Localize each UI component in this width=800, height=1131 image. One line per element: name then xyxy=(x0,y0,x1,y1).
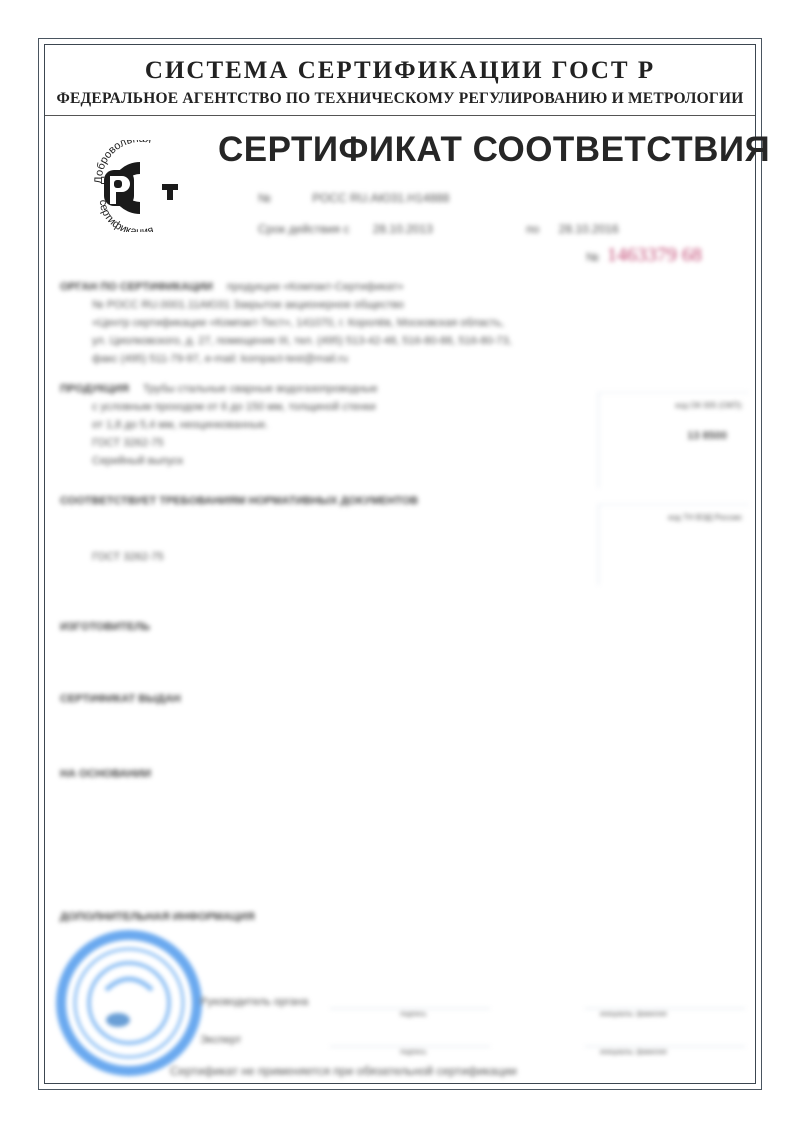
expert-signature-row: Эксперт подпись инициалы, фамилия xyxy=(200,1034,750,1054)
product-line: Трубы стальные сварные водогазопроводные xyxy=(143,383,378,395)
number-value: РОСС RU.АЮ31.Н14888 xyxy=(312,191,449,205)
head-signature-row: Руководитель органа подпись инициалы, фа… xyxy=(200,996,750,1016)
manufacturer-section: ИЗГОТОВИТЕЛЬ xyxy=(60,618,164,636)
organ-label: ОРГАН ПО СЕРТИФИКАЦИИ xyxy=(60,281,213,293)
blank-number-value: 1463379 68 xyxy=(607,244,702,266)
tnved-code-box: код ТН ВЭД России: xyxy=(598,504,749,585)
conforms-label: СООТВЕТСТВУЕТ ТРЕБОВАНИЯМ НОРМАТИВНЫХ ДО… xyxy=(60,495,418,507)
valid-from: 28.10.2013 xyxy=(373,222,433,236)
rst-logo-icon: Добровольная сертификация xyxy=(88,140,192,232)
certification-body-section: ОРГАН ПО СЕРТИФИКАЦИИпродукции «Компакт-… xyxy=(60,278,720,368)
product-line: ГОСТ 3262-75 xyxy=(60,434,580,452)
head-label: Руководитель органа xyxy=(200,996,308,1008)
sign-caption: подпись xyxy=(400,1011,426,1018)
footer-note: Сертификат не применяется при обязательн… xyxy=(170,1064,517,1078)
product-section: ПРОДУКЦИЯТрубы стальные сварные водогазо… xyxy=(60,380,580,470)
tnved-header: код ТН ВЭД России: xyxy=(599,505,749,522)
additional-info-section: ДОПОЛНИТЕЛЬНАЯ ИНФОРМАЦИЯ xyxy=(60,908,269,926)
validity-period: Срок действия с 28.10.2013 по 28.10.2016 xyxy=(258,222,738,236)
sign-caption: подпись xyxy=(400,1049,426,1056)
document-header: СИСТЕМА СЕРТИФИКАЦИИ ГОСТ Р ФЕДЕРАЛЬНОЕ … xyxy=(45,45,755,116)
to-label: по xyxy=(526,222,539,236)
okp-code-box: код ОК 005 (ОКП): 13 8500 xyxy=(598,392,749,488)
organ-line: «Центр сертификации «Компакт-Тест», 1410… xyxy=(60,314,720,332)
product-line: от 1,8 до 5,4 мм, неоцинкованные. xyxy=(60,416,580,434)
blank-label: № xyxy=(586,250,599,264)
validity-label: Срок действия с xyxy=(258,222,349,236)
basis-label: НА ОСНОВАНИИ xyxy=(60,768,151,780)
name-caption: инициалы, фамилия xyxy=(600,1011,667,1018)
product-label: ПРОДУКЦИЯ xyxy=(60,383,129,395)
organ-line: № РОСС RU.0001.11АЮ31 Закрытое акционерн… xyxy=(60,296,720,314)
okp-header: код ОК 005 (ОКП): xyxy=(599,393,749,410)
conforms-doc: ГОСТ 3262-75 xyxy=(60,548,600,566)
product-line: с условным проходом от 6 до 150 мм, толщ… xyxy=(60,398,580,416)
number-label: № xyxy=(258,191,271,205)
manufacturer-label: ИЗГОТОВИТЕЛЬ xyxy=(60,621,150,633)
organ-line: факс (495) 511-79-97, e-mail: kompact-te… xyxy=(60,350,720,368)
okp-code: 13 8500 xyxy=(599,410,749,442)
basis-section: НА ОСНОВАНИИ xyxy=(60,765,165,783)
conformity-section: СООТВЕТСТВУЕТ ТРЕБОВАНИЯМ НОРМАТИВНЫХ ДО… xyxy=(60,492,600,566)
official-stamp xyxy=(56,930,202,1076)
product-line: Серийный выпуск xyxy=(60,452,580,470)
agency-name: ФЕДЕРАЛЬНОЕ АГЕНТСТВО ПО ТЕХНИЧЕСКОМУ РЕ… xyxy=(45,90,755,108)
additional-info-label: ДОПОЛНИТЕЛЬНАЯ ИНФОРМАЦИЯ xyxy=(60,911,255,923)
organ-line: ул. Циолковского, д. 27, помещение III, … xyxy=(60,332,720,350)
expert-label: Эксперт xyxy=(200,1034,241,1046)
system-title: СИСТЕМА СЕРТИФИКАЦИИ ГОСТ Р xyxy=(45,57,755,85)
blank-number: №1463379 68 xyxy=(586,244,702,267)
name-caption: инициалы, фамилия xyxy=(600,1049,667,1056)
valid-to: 28.10.2016 xyxy=(559,222,619,236)
certificate-number: № РОСС RU.АЮ31.Н14888 xyxy=(258,191,487,205)
issued-to-section: СЕРТИФИКАТ ВЫДАН xyxy=(60,690,195,708)
organ-line: продукции «Компакт-Сертификат» xyxy=(227,281,404,293)
issued-to-label: СЕРТИФИКАТ ВЫДАН xyxy=(60,693,181,705)
stamp-icon xyxy=(56,930,202,1076)
certificate-title: СЕРТИФИКАТ СООТВЕТСТВИЯ xyxy=(218,130,770,170)
